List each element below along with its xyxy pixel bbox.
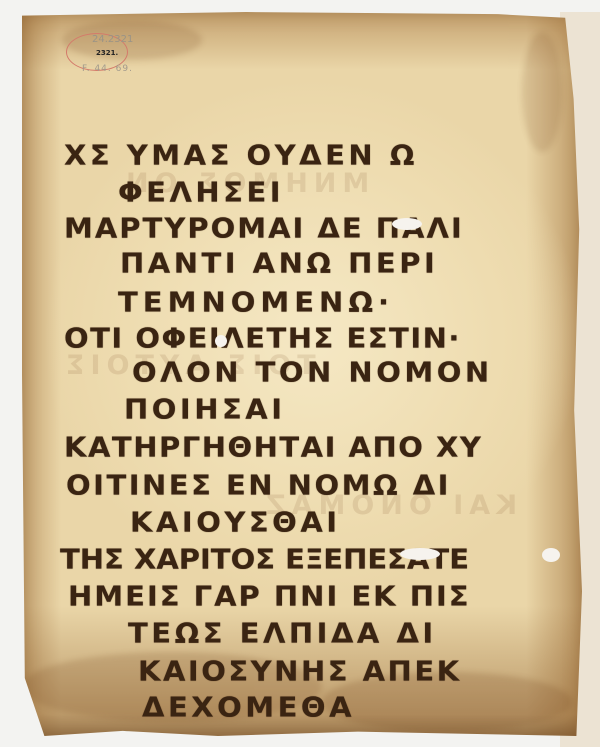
text-line-13: ΗΜΕΙΣ ΓΑΡ ΠΝΙ ΕΚ ΠΙΣ — [68, 580, 471, 612]
text-line-6: ΟΤΙ ΟΦΕΙΛΕΤΗΣ ΕΣΤΙΝ· — [64, 322, 461, 354]
parchment-hole — [400, 548, 440, 560]
parchment-hole — [215, 335, 227, 347]
text-line-4: ΠΑΝΤΙ ΑΝΩ ΠΕΡΙ — [120, 247, 438, 279]
stain — [522, 32, 562, 152]
text-line-11: ΚΑΙΟΥΣΘΑΙ — [130, 506, 341, 538]
text-line-12: ΤΗΣ ΧΑΡΙΤΟΣ ΕΞΕΠΕΣΑΤΕ — [60, 543, 469, 575]
parchment-hole — [392, 218, 422, 230]
text-line-9: ΚΑΤΗΡΓΗΘΗΤΑΙ ΑΠΟ ΧΥ — [64, 431, 482, 463]
text-line-2: ΦΕΛΗΣΕΙ — [118, 176, 284, 208]
text-line-5: ΤΕΜΝΟΜΕΝΩ· — [118, 286, 394, 318]
parchment-hole — [542, 548, 560, 562]
text-line-1: ΧΣ ΥΜΑΣ ΟΥΔΕΝ Ω — [64, 139, 418, 171]
text-line-16: ΔΕΧΟΜΕΘΑ — [142, 691, 355, 723]
shelfmark: F. 44. 69. — [82, 64, 133, 74]
text-line-10: ΟΙΤΙΝΕΣ ΕΝ ΝΟΜΩ ΔΙ — [66, 469, 451, 501]
text-line-7: ΟΛΟΝ ΤΟΝ ΝΟΜΟΝ — [132, 356, 493, 388]
text-line-14: ΤΕΩΣ ΕΛΠΙΔΑ ΔΙ — [128, 617, 437, 649]
stamp-printed-number: 2321. — [96, 49, 118, 57]
stamp-handwritten-number: 24.2321 — [92, 34, 133, 45]
text-line-8: ΠΟΙΗΣΑΙ — [124, 393, 286, 425]
text-line-15: ΚΑΙΟΣΥΝΗΣ ΑΠΕΚ — [138, 655, 462, 687]
